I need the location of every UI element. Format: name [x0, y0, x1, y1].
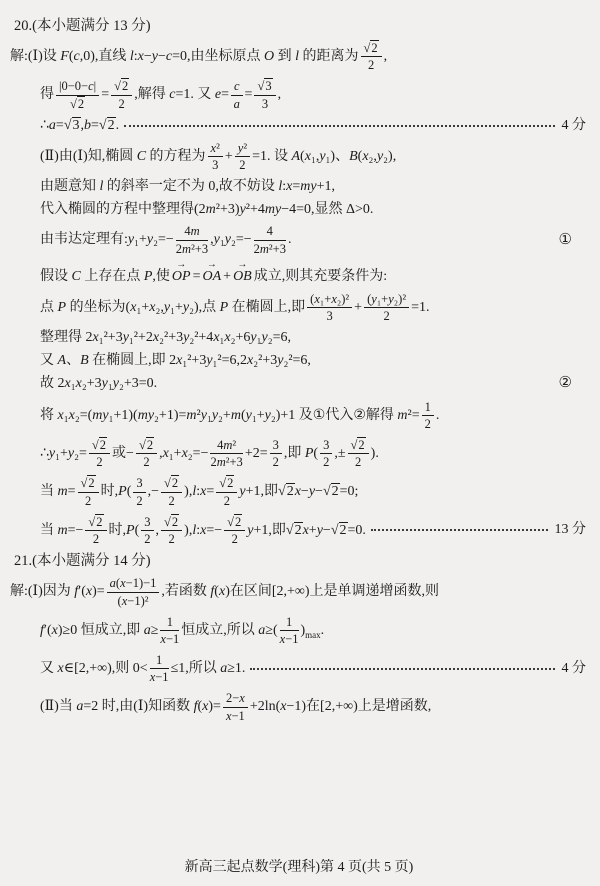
- numerator: 3: [133, 476, 145, 492]
- denominator: 2: [216, 493, 237, 508]
- radicand: 3: [72, 117, 81, 133]
- math-line: (Ⅱ)由(Ⅰ)知,椭圆 C 的方程为x²3+y²2=1. 设 A(x₁,y₁)、…: [10, 140, 588, 174]
- numerator: (x₁+x₂)²: [307, 292, 352, 308]
- sqrt: √2: [92, 437, 107, 452]
- math-line: 又 A、B 在椭圆上,即 2x₁²+3y₁²=6,2x₂²+3y₂²=6,: [10, 352, 588, 370]
- math-line: 21.(本小题满分 14 分): [10, 552, 588, 571]
- fraction: √22: [89, 438, 110, 470]
- sqrt: √2: [227, 514, 242, 529]
- numerator: 4m: [176, 224, 208, 240]
- denominator: 2m²+3: [254, 241, 286, 256]
- fraction: ca: [231, 79, 243, 111]
- line-text: (Ⅱ)由(Ⅰ)知,椭圆 C 的方程为x²3+y²2=1. 设 A(x₁,y₁)、…: [40, 140, 396, 174]
- exam-solution-page: 20.(本小题满分 13 分)解:(Ⅰ)设 F(c,0),直线 l:x−y−c=…: [0, 0, 600, 886]
- fraction: √22: [348, 438, 369, 470]
- math-line: 假设 C 上存在点 P,使OP=OA+OB成立,则其充要条件为:: [10, 262, 588, 286]
- radicand: 2: [87, 475, 95, 490]
- denominator: 2: [348, 454, 369, 469]
- fraction: √22: [161, 476, 182, 508]
- fraction: √22: [161, 515, 182, 547]
- numerator: 3: [141, 515, 153, 531]
- line-text: 当 m=√22时,P(32,−√22),l:x=√22y+1,即√2x−y−√2…: [40, 475, 358, 509]
- numerator: √3: [254, 79, 275, 95]
- numerator: √2: [361, 41, 382, 57]
- sqrt: √2: [164, 514, 179, 529]
- denominator: 2: [78, 493, 99, 508]
- line-text: 假设 C 上存在点 P,使OP=OA+OB成立,则其充要条件为:: [40, 262, 387, 286]
- numerator: (y₁+y₂)²: [364, 292, 409, 308]
- radicand: 2: [294, 522, 303, 538]
- fraction: (y₁+y₂)²2: [364, 292, 409, 324]
- line-text: 将 x₁x₂=(my₁+1)(my₂+1)=m²y₁y₂+m(y₁+y₂)+1 …: [40, 399, 439, 433]
- dotted-leader: [124, 125, 554, 127]
- fraction: x²3: [208, 141, 223, 173]
- sqrt: √2: [219, 475, 234, 490]
- denominator: 2: [136, 454, 157, 469]
- numerator: √2: [78, 476, 99, 492]
- denominator: √2: [56, 96, 99, 111]
- fraction: √22: [85, 515, 106, 547]
- radicand: 2: [357, 437, 365, 452]
- denominator: x−1: [280, 631, 299, 646]
- denominator: 2: [133, 493, 145, 508]
- denominator: 2: [85, 531, 106, 546]
- math-line: 代入椭圆的方程中整理得(2m²+3)y²+4my−4=0,显然 Δ>0.: [10, 201, 588, 219]
- dotted-leader: [371, 529, 548, 531]
- denominator: 2: [161, 531, 182, 546]
- radicand: 2: [226, 475, 234, 490]
- fraction: 32: [133, 476, 145, 508]
- line-text: 21.(本小题满分 14 分): [14, 552, 151, 571]
- radicand: 2: [331, 483, 340, 499]
- radicand: 2: [77, 96, 85, 111]
- sqrt: √2: [88, 514, 103, 529]
- line-text: 20.(本小题满分 13 分): [14, 17, 151, 36]
- math-line: 点 P 的坐标为(x₁+x₂,y₁+y₂),点 P 在椭圆上,即(x₁+x₂)²…: [10, 291, 588, 325]
- sqrt: √3: [257, 78, 272, 93]
- denominator: 2: [320, 454, 332, 469]
- fraction: √22: [78, 476, 99, 508]
- math-line: 整理得 2x₁²+3y₁²+2x₂²+3y₂²+4x₁x₂+6y₁y₂=6,: [10, 329, 588, 347]
- subscript: max: [305, 630, 321, 640]
- sqrt: √2: [331, 522, 348, 538]
- numerator: a(x−1)−1: [107, 576, 160, 592]
- line-text: 由韦达定理有:y₁+y₂=−4m2m²+3,y₁y₂=−42m²+3.: [40, 223, 291, 257]
- math-line: 20.(本小题满分 13 分): [10, 17, 588, 36]
- math-line: ∴a=√3,b=√2.4 分: [10, 117, 588, 135]
- radicand: 2: [121, 78, 129, 93]
- denominator: x−1: [223, 708, 248, 723]
- numerator: |0−0−c|: [56, 79, 99, 95]
- line-text: 整理得 2x₁²+3y₁²+2x₂²+3y₂²+4x₁x₂+6y₁y₂=6,: [40, 329, 291, 347]
- numerator: √2: [85, 515, 106, 531]
- sqrt: √2: [81, 475, 96, 490]
- sqrt: √2: [139, 437, 154, 452]
- sqrt: √2: [114, 78, 129, 93]
- line-text: 解:(Ⅰ)因为 f′(x)=a(x−1)−1(x−1)²,若函数 f(x)在区间…: [10, 575, 439, 609]
- math-line: 将 x₁x₂=(my₁+1)(my₂+1)=m²y₁y₂+m(y₁+y₂)+1 …: [10, 399, 588, 433]
- sqrt: √2: [286, 522, 303, 538]
- vector: OP: [172, 262, 191, 286]
- fraction: √22: [111, 79, 132, 111]
- math-line: 由题意知 l 的斜率一定不为 0,故不妨设 l:x=my+1,: [10, 178, 588, 196]
- math-line: 由韦达定理有:y₁+y₂=−4m2m²+3,y₁y₂=−42m²+3.①: [10, 223, 588, 257]
- denominator: 2: [364, 308, 409, 323]
- radicand: 2: [146, 437, 154, 452]
- radicand: 2: [99, 437, 107, 452]
- sqrt: √2: [164, 475, 179, 490]
- line-text: (Ⅱ)当 a=2 时,由(Ⅰ)知函数 f(x)=2−xx−1+2ln(x−1)在…: [40, 690, 431, 724]
- fraction: 32: [270, 438, 282, 470]
- sqrt: √2: [70, 96, 85, 111]
- denominator: 2: [141, 531, 153, 546]
- fraction: (x₁+x₂)²3: [307, 292, 352, 324]
- sqrt: √2: [323, 483, 340, 499]
- numerator: √2: [89, 438, 110, 454]
- fraction: y²2: [235, 141, 250, 173]
- math-line: 又 x∈[2,+∞),则 0<1x−1≤1,所以 a≥1.4 分: [10, 652, 588, 686]
- content-lines: 20.(本小题满分 13 分)解:(Ⅰ)设 F(c,0),直线 l:x−y−c=…: [10, 12, 588, 729]
- denominator: 2: [361, 57, 382, 72]
- numerator: 3: [320, 438, 332, 454]
- math-line: 故 2x₁x₂+3y₁y₂+3=0.②: [10, 374, 588, 394]
- numerator: √2: [161, 476, 182, 492]
- numerator: c: [231, 79, 243, 95]
- denominator: 2m²+3: [176, 241, 208, 256]
- numerator: y²: [235, 141, 250, 157]
- fraction: 1x−1: [150, 653, 169, 685]
- numerator: √2: [136, 438, 157, 454]
- sqrt: √2: [351, 437, 366, 452]
- denominator: 2m²+3: [210, 454, 242, 469]
- numerator: √2: [216, 476, 237, 492]
- fraction: √22: [216, 476, 237, 508]
- fraction: √22: [361, 41, 382, 73]
- line-text: 点 P 的坐标为(x₁+x₂,y₁+y₂),点 P 在椭圆上,即(x₁+x₂)²…: [40, 291, 429, 325]
- denominator: a: [231, 96, 243, 111]
- numerator: √2: [224, 515, 245, 531]
- numerator: 1: [160, 615, 179, 631]
- denominator: 2: [270, 454, 282, 469]
- fraction: √33: [254, 79, 275, 111]
- radicand: 2: [95, 514, 103, 529]
- math-line: 解:(Ⅰ)设 F(c,0),直线 l:x−y−c=0,由坐标原点 O 到 l 的…: [10, 40, 588, 74]
- denominator: 3: [307, 308, 352, 323]
- score-label: 13 分: [555, 521, 589, 539]
- numerator: x²: [208, 141, 223, 157]
- dotted-leader: [250, 668, 554, 670]
- math-line: 解:(Ⅰ)因为 f′(x)=a(x−1)−1(x−1)²,若函数 f(x)在区间…: [10, 575, 588, 609]
- fraction: 32: [141, 515, 153, 547]
- numerator: 3: [270, 438, 282, 454]
- denominator: x−1: [150, 669, 169, 684]
- line-text: 解:(Ⅰ)设 F(c,0),直线 l:x−y−c=0,由坐标原点 O 到 l 的…: [10, 40, 387, 74]
- sqrt: √3: [64, 117, 81, 133]
- line-text: 故 2x₁x₂+3y₁y₂+3=0.: [40, 375, 157, 393]
- fraction: 12: [422, 400, 434, 432]
- numerator: 1: [280, 615, 299, 631]
- numerator: √2: [111, 79, 132, 95]
- fraction: 2−xx−1: [223, 691, 248, 723]
- radicand: 3: [264, 78, 272, 93]
- sqrt: √2: [364, 40, 379, 55]
- vector: OB: [233, 262, 252, 286]
- line-text: 当 m=−√22时,P(32,√22),l:x=−√22y+1,即√2x+y−√…: [40, 514, 366, 548]
- fraction: 1x−1: [160, 615, 179, 647]
- denominator: 3: [208, 157, 223, 172]
- denominator: x−1: [160, 631, 179, 646]
- fraction: 4m²2m²+3: [210, 438, 242, 470]
- radicand: 2: [339, 522, 348, 538]
- denominator: (x−1)²: [107, 593, 160, 608]
- radicand: 2: [107, 117, 116, 133]
- denominator: 2: [235, 157, 250, 172]
- math-line: 当 m=√22时,P(32,−√22),l:x=√22y+1,即√2x−y−√2…: [10, 475, 588, 509]
- fraction: a(x−1)−1(x−1)²: [107, 576, 160, 608]
- numerator: 1: [422, 400, 434, 416]
- page-footer: 新高三起点数学(理科)第 4 页(共 5 页): [10, 850, 588, 880]
- denominator: 2: [422, 416, 434, 431]
- fraction: √22: [224, 515, 245, 547]
- sqrt: √2: [278, 483, 295, 499]
- line-text: 得|0−0−c|√2=√22,解得 c=1. 又 e=ca=√33,: [40, 78, 281, 112]
- sqrt: √2: [99, 117, 116, 133]
- fraction: √22: [136, 438, 157, 470]
- line-text: 又 x∈[2,+∞),则 0<1x−1≤1,所以 a≥1.: [40, 652, 245, 686]
- radicand: 2: [234, 514, 242, 529]
- numerator: 1: [150, 653, 169, 669]
- math-line: (Ⅱ)当 a=2 时,由(Ⅰ)知函数 f(x)=2−xx−1+2ln(x−1)在…: [10, 690, 588, 724]
- vector: OA: [202, 262, 221, 286]
- radicand: 2: [171, 475, 179, 490]
- numerator: 4: [254, 224, 286, 240]
- score-label: 4 分: [562, 117, 589, 135]
- math-line: 当 m=−√22时,P(32,√22),l:x=−√22y+1,即√2x+y−√…: [10, 514, 588, 548]
- line-text: f′(x)≥0 恒成立,即 a≥1x−1恒成立,所以 a≥(1x−1)max.: [40, 614, 324, 648]
- denominator: 3: [254, 96, 275, 111]
- denominator: 2: [224, 531, 245, 546]
- line-text: 又 A、B 在椭圆上,即 2x₁²+3y₁²=6,2x₂²+3y₂²=6,: [40, 352, 311, 370]
- line-text: 代入椭圆的方程中整理得(2m²+3)y²+4my−4=0,显然 Δ>0.: [40, 201, 373, 219]
- fraction: 4m2m²+3: [176, 224, 208, 256]
- line-text: ∴y₁+y₂=√22或−√22,x₁+x₂=−4m²2m²+3+2=32,即 P…: [40, 437, 379, 471]
- radicand: 2: [286, 483, 295, 499]
- fraction: 1x−1: [280, 615, 299, 647]
- fraction: 42m²+3: [254, 224, 286, 256]
- fraction: |0−0−c|√2: [56, 79, 99, 111]
- numerator: √2: [161, 515, 182, 531]
- math-line: ∴y₁+y₂=√22或−√22,x₁+x₂=−4m²2m²+3+2=32,即 P…: [10, 437, 588, 471]
- line-text: 由题意知 l 的斜率一定不为 0,故不妨设 l:x=my+1,: [40, 178, 335, 196]
- math-line: 得|0−0−c|√2=√22,解得 c=1. 又 e=ca=√33,: [10, 78, 588, 112]
- line-text: ∴a=√3,b=√2.: [40, 117, 119, 135]
- numerator: 2−x: [223, 691, 248, 707]
- fraction: 32: [320, 438, 332, 470]
- denominator: 2: [111, 96, 132, 111]
- radicand: 2: [370, 40, 378, 55]
- radicand: 2: [171, 514, 179, 529]
- numerator: √2: [348, 438, 369, 454]
- score-label: 4 分: [562, 660, 589, 678]
- equation-tag: ①: [559, 231, 588, 251]
- numerator: 4m²: [210, 438, 242, 454]
- denominator: 2: [89, 454, 110, 469]
- math-line: f′(x)≥0 恒成立,即 a≥1x−1恒成立,所以 a≥(1x−1)max.: [10, 614, 588, 648]
- denominator: 2: [161, 493, 182, 508]
- equation-tag: ②: [559, 374, 588, 394]
